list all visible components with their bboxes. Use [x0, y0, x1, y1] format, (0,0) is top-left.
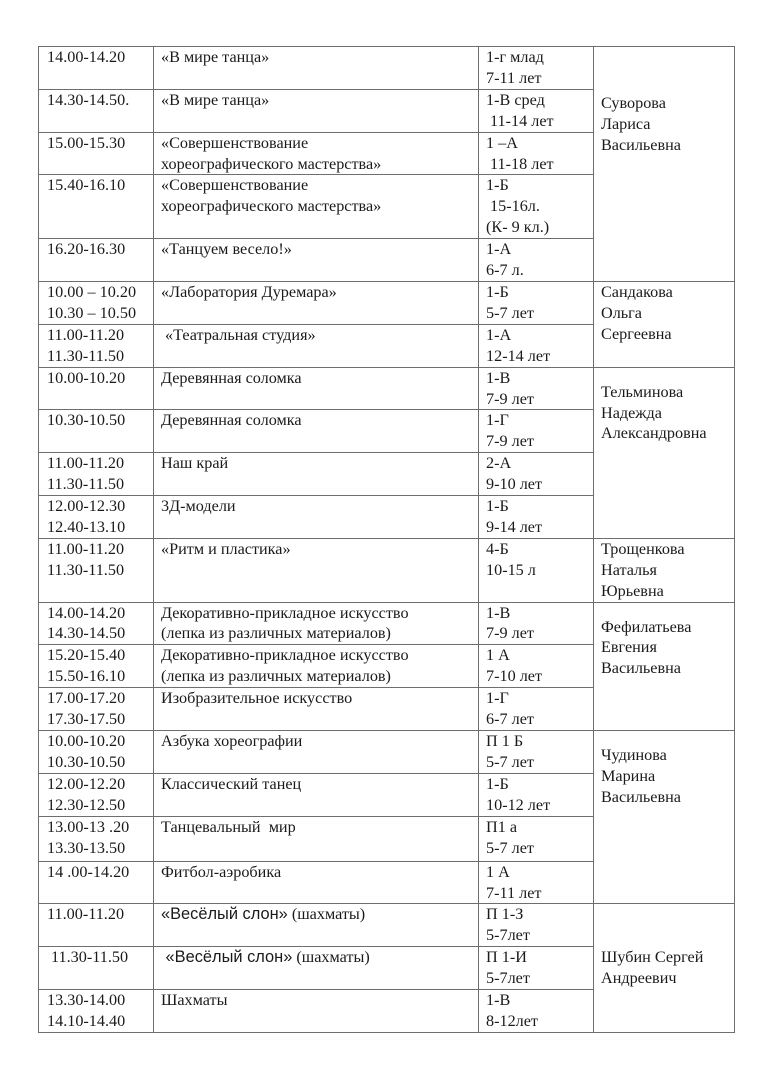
teacher-cell: Суворова Лариса Васильевна: [594, 47, 735, 282]
time-cell: 14.00-14.20 14.30-14.50: [39, 602, 154, 645]
time-cell: 12.00-12.20 12.30-12.50: [39, 773, 154, 816]
schedule-row: 14.00-14.20 14.30-14.50Декоративно-прикл…: [39, 602, 735, 645]
group-age-cell: 1-А 12-14 лет: [479, 324, 594, 367]
time-cell: 14.00-14.20: [39, 47, 154, 90]
activity-name-cell: Классический танец: [154, 773, 479, 816]
time-cell: 10.00-10.20 10.30-10.50: [39, 731, 154, 774]
group-age-cell: 2-А 9-10 лет: [479, 453, 594, 496]
activity-title: «Весёлый слон»: [161, 905, 288, 923]
activity-name-cell: «В мире танца»: [154, 47, 479, 90]
group-age-cell: 1 –А 11-18 лет: [479, 132, 594, 175]
time-cell: 13.00-13 .20 13.30-13.50: [39, 816, 154, 861]
schedule-row: 10.00 – 10.20 10.30 – 10.50«Лаборатория …: [39, 281, 735, 324]
activity-name-cell: Азбука хореографии: [154, 731, 479, 774]
teacher-cell: Фефилатьева Евгения Васильевна: [594, 602, 735, 730]
group-age-cell: 1-В 8-12лет: [479, 990, 594, 1033]
schedule-row: 10.00-10.20Деревянная соломка1-В 7-9 лет…: [39, 367, 735, 410]
teacher-cell: Трощенкова Наталья Юрьевна: [594, 538, 735, 602]
group-age-cell: 1-В 7-9 лет: [479, 367, 594, 410]
time-cell: 13.30-14.00 14.10-14.40: [39, 990, 154, 1033]
schedule-table: 14.00-14.20«В мире танца»1-г млад 7-11 л…: [38, 46, 735, 1033]
schedule-row: 11.00-11.20«Весёлый слон» (шахматы)П 1-З…: [39, 904, 735, 947]
group-age-cell: 1 А 7-11 лет: [479, 861, 594, 904]
group-age-cell: 1-В сред 11-14 лет: [479, 89, 594, 132]
schedule-row: 11.00-11.20 11.30-11.50«Ритм и пластика»…: [39, 538, 735, 602]
activity-name-cell: «Совершенствование хореографического мас…: [154, 175, 479, 239]
group-age-cell: 1-г млад 7-11 лет: [479, 47, 594, 90]
teacher-cell: Тельминова Надежда Александровна: [594, 367, 735, 538]
time-cell: 14.30-14.50.: [39, 89, 154, 132]
teacher-cell: Сандакова Ольга Сергеевна: [594, 281, 735, 367]
group-age-cell: 1-В 7-9 лет: [479, 602, 594, 645]
group-age-cell: П 1-З 5-7лет: [479, 904, 594, 947]
activity-name-cell: Фитбол-аэробика: [154, 861, 479, 904]
teacher-cell: Шубин Сергей Андреевич: [594, 904, 735, 1032]
time-cell: 12.00-12.30 12.40-13.10: [39, 496, 154, 539]
group-age-cell: 1-А 6-7 л.: [479, 239, 594, 282]
time-cell: 11.00-11.20 11.30-11.50: [39, 538, 154, 602]
group-age-cell: 1 А 7-10 лет: [479, 645, 594, 688]
group-age-cell: П 1 Б 5-7 лет: [479, 731, 594, 774]
time-cell: 11.00-11.20: [39, 904, 154, 947]
group-age-cell: 4-Б 10-15 л: [479, 538, 594, 602]
activity-name-cell: «Весёлый слон» (шахматы): [154, 904, 479, 947]
time-cell: 10.00-10.20: [39, 367, 154, 410]
activity-name-cell: Наш край: [154, 453, 479, 496]
group-age-cell: П1 а 5-7 лет: [479, 816, 594, 861]
group-age-cell: 1-Б 10-12 лет: [479, 773, 594, 816]
time-cell: 11.00-11.20 11.30-11.50: [39, 324, 154, 367]
activity-name-cell: 3Д-модели: [154, 496, 479, 539]
teacher-cell: Чудинова Марина Васильевна: [594, 731, 735, 904]
time-cell: 15.00-15.30: [39, 132, 154, 175]
activity-name-cell: «В мире танца»: [154, 89, 479, 132]
group-age-cell: 1-Б 15-16л. (К- 9 кл.): [479, 175, 594, 239]
time-cell: 15.40-16.10: [39, 175, 154, 239]
time-cell: 11.00-11.20 11.30-11.50: [39, 453, 154, 496]
activity-title: «Весёлый слон»: [161, 948, 292, 966]
time-cell: 10.00 – 10.20 10.30 – 10.50: [39, 281, 154, 324]
group-age-cell: 1-Б 9-14 лет: [479, 496, 594, 539]
time-cell: 14 .00-14.20: [39, 861, 154, 904]
activity-name-cell: «Танцуем весело!»: [154, 239, 479, 282]
time-cell: 16.20-16.30: [39, 239, 154, 282]
activity-name-cell: Шахматы: [154, 990, 479, 1033]
activity-name-cell: «Ритм и пластика»: [154, 538, 479, 602]
group-age-cell: 1-Г 7-9 лет: [479, 410, 594, 453]
activity-name-cell: «Театральная студия»: [154, 324, 479, 367]
schedule-row: 10.00-10.20 10.30-10.50Азбука хореографи…: [39, 731, 735, 774]
schedule-body: 14.00-14.20«В мире танца»1-г млад 7-11 л…: [39, 47, 735, 1033]
activity-name-cell: Деревянная соломка: [154, 410, 479, 453]
schedule-row: 14.00-14.20«В мире танца»1-г млад 7-11 л…: [39, 47, 735, 90]
time-cell: 17.00-17.20 17.30-17.50: [39, 688, 154, 731]
activity-note: (шахматы): [288, 905, 365, 923]
time-cell: 10.30-10.50: [39, 410, 154, 453]
activity-name-cell: «Совершенствование хореографического мас…: [154, 132, 479, 175]
activity-name-cell: Изобразительное искусство: [154, 688, 479, 731]
activity-name-cell: Деревянная соломка: [154, 367, 479, 410]
activity-name-cell: «Лаборатория Дуремара»: [154, 281, 479, 324]
time-cell: 11.30-11.50: [39, 947, 154, 990]
activity-name-cell: Декоративно-прикладное искусство (лепка …: [154, 602, 479, 645]
activity-name-cell: «Весёлый слон» (шахматы): [154, 947, 479, 990]
time-cell: 15.20-15.40 15.50-16.10: [39, 645, 154, 688]
activity-name-cell: Танцевальный мир: [154, 816, 479, 861]
group-age-cell: 1-Г 6-7 лет: [479, 688, 594, 731]
activity-note: (шахматы): [292, 948, 369, 966]
activity-name-cell: Декоративно-прикладное искусство (лепка …: [154, 645, 479, 688]
group-age-cell: П 1-И 5-7лет: [479, 947, 594, 990]
group-age-cell: 1-Б 5-7 лет: [479, 281, 594, 324]
